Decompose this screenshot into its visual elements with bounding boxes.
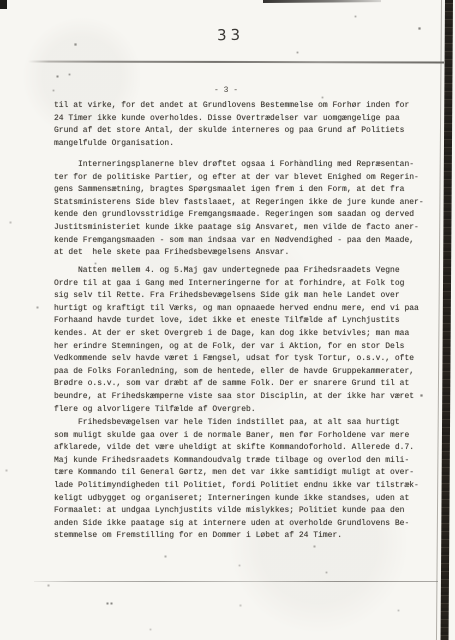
paragraph-3: Natten mellem 4. og 5.Maj gav undertegne… bbox=[54, 265, 439, 416]
top-rule bbox=[28, 60, 444, 63]
scanned-document-page: 33 - 3 - til at virke, for det andet at … bbox=[0, 0, 455, 640]
scan-corner-artifact bbox=[0, 0, 7, 9]
paragraph-4: Frihedsbevægelsen var hele Tiden indstil… bbox=[54, 417, 439, 543]
scan-edge-smudge bbox=[263, 0, 381, 3]
scan-noise-specks bbox=[0, 0, 1, 1]
handwritten-page-number: 33 bbox=[217, 26, 244, 44]
page-binding-edge bbox=[441, 0, 453, 640]
paragraph-2: Interneringsplanerne blev drøftet ogsaa … bbox=[54, 159, 439, 260]
bottom-rule bbox=[34, 581, 438, 582]
typed-page-number: - 3 - bbox=[214, 86, 238, 95]
paragraph-1: til at virke, for det andet at Grundlove… bbox=[54, 100, 439, 150]
